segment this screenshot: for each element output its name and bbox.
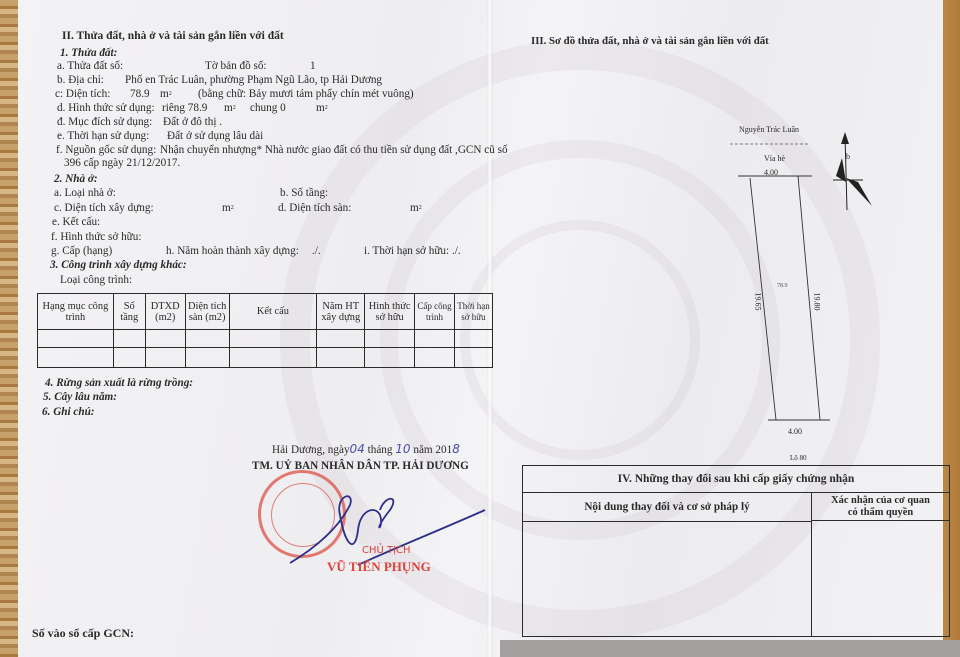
- signer-title: CHỦ TỊCH: [362, 544, 411, 557]
- completion-label: h. Năm hoàn thành xây dựng:: [166, 245, 299, 258]
- place-date: Hải Dương, ngày04 tháng 10 năm 2018: [272, 443, 460, 457]
- origin-value-2: 396 cấp ngày 21/12/2017.: [64, 157, 180, 170]
- table-header-row: Hạng mục công trình Số tầng DTXD (m2) Di…: [38, 294, 493, 330]
- structure-label: e. Kết cấu:: [52, 216, 100, 229]
- bottom-width: 4.00: [788, 425, 802, 438]
- parcel-no-label: a. Thửa đất số:: [57, 60, 123, 73]
- origin-label: f. Nguồn gốc sử dụng:: [56, 144, 156, 157]
- completion-value: ./.: [312, 245, 321, 258]
- left-length: 19.65: [752, 293, 765, 311]
- north-arrow-icon: [833, 132, 872, 210]
- area-label: c: Diện tích:: [55, 88, 110, 101]
- top-width: 4.00: [764, 166, 778, 179]
- right-length: 19.80: [811, 293, 824, 311]
- use-form-common: chung 0: [250, 102, 286, 115]
- floor-area-unit: m2: [410, 202, 422, 215]
- address-value: Phố en Trác Luân, phường Phạm Ngũ Lão, t…: [125, 74, 382, 87]
- parcel-area: 78.9: [777, 280, 788, 293]
- table-row: [38, 348, 493, 368]
- changes-col-confirmation: Xác nhận của cơ quan có thẩm quyền: [812, 493, 949, 521]
- col-header: Năm HT xây dựng: [317, 294, 365, 330]
- floor-area-label: d. Diện tích sàn:: [278, 202, 351, 215]
- north-label: b: [846, 150, 850, 163]
- ownership-term-value: ./.: [452, 245, 461, 258]
- notes-label: 6. Ghi chú:: [42, 406, 95, 419]
- purpose-label: đ. Mục đích sử dụng:: [57, 116, 152, 129]
- table-row: [38, 330, 493, 348]
- origin-value: Nhận chuyển nhượng* Nhà nước giao đất có…: [160, 144, 508, 157]
- col-header: Thời hạn sở hữu: [454, 294, 492, 330]
- col-header: Cấp công trình: [415, 294, 455, 330]
- term-label: e. Thời hạn sử dụng:: [57, 130, 149, 143]
- changes-col-content: Nội dung thay đổi và cơ sở pháp lý: [523, 493, 812, 522]
- house-heading: 2. Nhà ở:: [54, 173, 98, 186]
- build-area-unit: m2: [222, 202, 234, 215]
- other-works-table: Hạng mục công trình Số tầng DTXD (m2) Di…: [37, 293, 493, 368]
- ownership-term-label: i. Thời hạn sở hữu:: [364, 245, 449, 258]
- forest-label: 4. Rừng sản xuất là rừng trồng:: [45, 377, 193, 390]
- col-header: Số tầng: [113, 294, 145, 330]
- col-header: Hạng mục công trình: [38, 294, 114, 330]
- signer-name: VŨ TIẾN PHỤNG: [327, 560, 431, 573]
- parcel-diagram: [720, 110, 900, 470]
- perennial-label: 5. Cây lâu năm:: [43, 391, 117, 404]
- col-header: Diện tích sàn (m2): [185, 294, 229, 330]
- ownership-label: f. Hình thức sở hữu:: [51, 231, 141, 244]
- address-label: b. Địa chỉ:: [57, 74, 104, 87]
- col-header: Kết cấu: [229, 294, 317, 330]
- sidewalk-label: Vỉa hè: [764, 152, 785, 165]
- drum-watermark-core: [460, 220, 700, 460]
- section-iii-title: III. Sơ đồ thửa đất, nhà ở và tài sản gắ…: [531, 35, 769, 48]
- purpose-value: Đất ở đô thị .: [163, 116, 222, 129]
- house-type-label: a. Loại nhà ở:: [54, 187, 116, 200]
- floors-label: b. Số tầng:: [280, 187, 328, 200]
- neighbor-lot: Lô 80: [790, 452, 807, 465]
- area-value: 78.9: [130, 88, 150, 101]
- changes-table: IV. Những thay đổi sau khi cấp giấy chứn…: [522, 465, 950, 637]
- changes-title: IV. Những thay đổi sau khi cấp giấy chứn…: [523, 466, 949, 493]
- map-sheet-label: Tờ bản đồ số:: [205, 60, 267, 73]
- use-form-common-unit: m2: [316, 102, 328, 115]
- use-form-private: riêng 78.9: [162, 102, 207, 115]
- section-ii-title: II. Thửa đất, nhà ở và tài sản gắn liền …: [62, 30, 284, 43]
- use-form-private-unit: m2: [224, 102, 236, 115]
- other-works-type-label: Loại công trình:: [60, 274, 132, 287]
- grade-label: g. Cấp (hạng): [51, 245, 112, 258]
- land-heading: 1. Thửa đất:: [60, 47, 117, 60]
- area-words: (bằng chữ: Bảy mươi tám phẩy chín mét vu…: [198, 88, 414, 101]
- street-name: Nguyễn Trác Luân: [739, 123, 799, 136]
- bottom-shadow: [500, 640, 960, 657]
- register-number-label: Số vào sổ cấp GCN:: [32, 627, 134, 640]
- col-header: Hình thức sở hữu: [365, 294, 415, 330]
- other-works-heading: 3. Công trình xây dựng khác:: [50, 259, 187, 272]
- term-value: Đất ở sử dụng lâu dài: [167, 130, 263, 143]
- use-form-label: d. Hình thức sử dụng:: [57, 102, 155, 115]
- authority-name: TM. UỶ BAN NHÂN DÂN TP. HẢI DƯƠNG: [252, 460, 469, 473]
- column-divider: [811, 521, 812, 636]
- map-sheet-value: 1: [310, 60, 316, 73]
- area-unit: m2: [160, 88, 172, 101]
- col-header: DTXD (m2): [145, 294, 185, 330]
- build-area-label: c. Diện tích xây dựng:: [54, 202, 154, 215]
